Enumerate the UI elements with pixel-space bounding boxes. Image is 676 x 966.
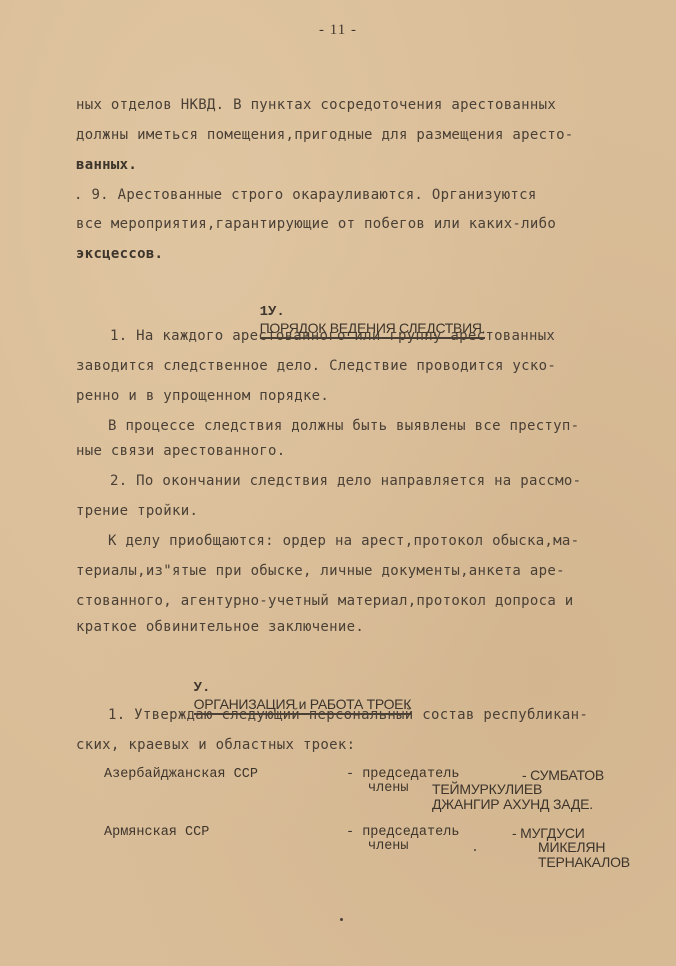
section-4-number: 1У.: [260, 304, 285, 320]
troika-chair-label: - председатель: [346, 826, 459, 840]
troika-region: Азербайджанская ССР: [104, 768, 258, 782]
text-line: эксцессов.: [76, 246, 163, 262]
text-line: В процессе следствия должны быть выявлен…: [108, 418, 579, 434]
document-page: - 11 - ных отделов НКВД. В пунктах сосре…: [0, 0, 676, 966]
page-number: - 11 -: [0, 22, 676, 39]
troika-member: МИКЕЛЯН: [538, 840, 605, 854]
section-4-heading: 1У. ПОРЯДОК ВЕДЕНИЯ СЛЕДСТВИЯ.: [226, 288, 485, 354]
troika-member: ТЕРНАКАЛОВ: [538, 855, 630, 869]
text-line: . 9. Арестованные строго окарауливаются.…: [74, 187, 537, 203]
troika-chair-name: - МУГДУСИ: [512, 826, 585, 840]
paper-speck: [340, 918, 343, 921]
troika-members-label: члены: [368, 782, 409, 796]
text-line: ные связи арестованного.: [76, 443, 286, 459]
section-5-number: У.: [194, 680, 211, 696]
paper-speck: [474, 849, 476, 851]
text-line: стованного, агентурно-учетный материал,п…: [76, 593, 574, 609]
troika-region: Армянская ССР: [104, 826, 209, 840]
troika-chair-label: - председатель: [346, 768, 459, 782]
text-line: все мероприятия,гарантирующие от побегов…: [76, 216, 556, 232]
troika-member: ДЖАНГИР АХУНД ЗАДЕ.: [432, 797, 593, 811]
text-line: ренно и в упрощенном порядке.: [76, 388, 329, 404]
text-line: 1. Утверждаю следующий персональный сост…: [108, 707, 588, 723]
troika-members-label: члены: [368, 840, 409, 854]
text-line: трение тройки.: [76, 503, 198, 519]
text-line: 1. На каждого арестованного или группу а…: [110, 328, 555, 344]
text-line: краткое обвинительное заключение.: [76, 619, 364, 635]
text-line: должны иметься помещения,пригодные для р…: [76, 127, 574, 143]
text-line: ских, краевых и областных троек:: [76, 737, 355, 753]
text-line: заводится следственное дело. Следствие п…: [76, 358, 556, 374]
text-line: ванных.: [76, 157, 137, 173]
troika-chair-name: - СУМБАТОВ: [522, 768, 604, 782]
text-line: 2. По окончании следствия дело направляе…: [110, 473, 581, 489]
text-line: ных отделов НКВД. В пунктах сосредоточен…: [76, 97, 556, 113]
text-line: териалы,из"ятые при обыске, личные докум…: [76, 563, 565, 579]
text-line: К делу приобщаются: ордер на арест,прото…: [108, 533, 579, 549]
troika-member: ТЕЙМУРКУЛИЕВ: [432, 782, 542, 796]
